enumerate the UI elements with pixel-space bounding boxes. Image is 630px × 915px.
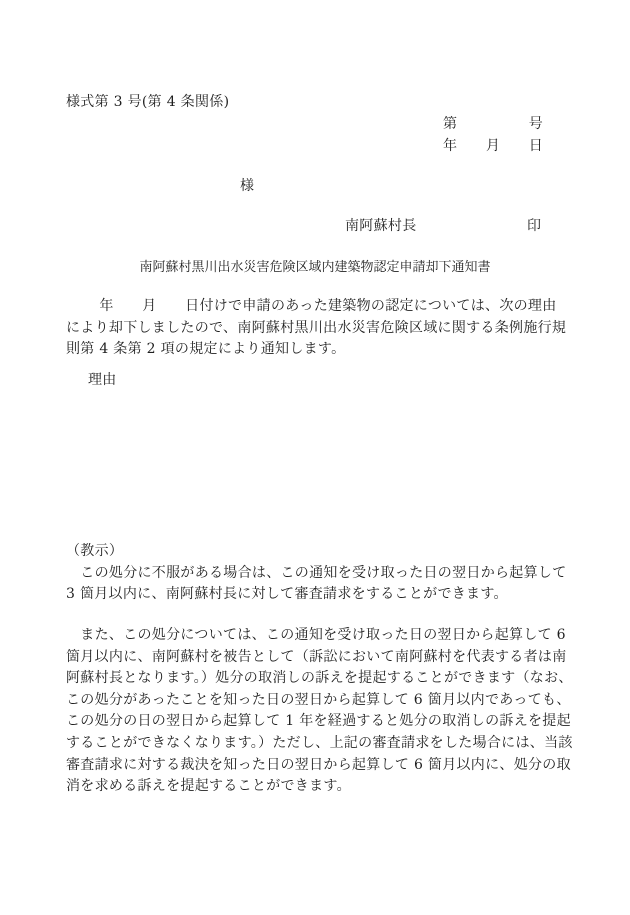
document-title: 南阿蘇村黒川出水災害危険区域内建築物認定申請却下通知書 (0, 257, 630, 279)
document-page: 様式第 3 号(第 4 条関係) 第 号 年 月 日 様 南阿蘇村長 印 南阿蘇… (0, 0, 630, 915)
body-paragraph: 年 月 日付けで申請のあった建築物の認定については、次の理由 により却下しました… (66, 296, 576, 361)
sender-title: 南阿蘇村長 (345, 216, 417, 238)
form-number: 様式第 3 号(第 4 条関係) (66, 92, 229, 114)
seal-placeholder: 印 (527, 216, 541, 238)
reason-label: 理由 (88, 370, 117, 392)
addressee-honorific: 様 (240, 176, 254, 198)
notice-first-paragraph: （教示） この処分に不服がある場合は、この通知を受け取った日の翌日から起算して … (66, 541, 576, 606)
notice-second-paragraph: また、この処分については、この通知を受け取った日の翌日から起算して 6 箇月以内… (66, 625, 576, 798)
document-date-line: 年 月 日 (443, 136, 543, 158)
document-number-line: 第 号 (443, 114, 543, 136)
